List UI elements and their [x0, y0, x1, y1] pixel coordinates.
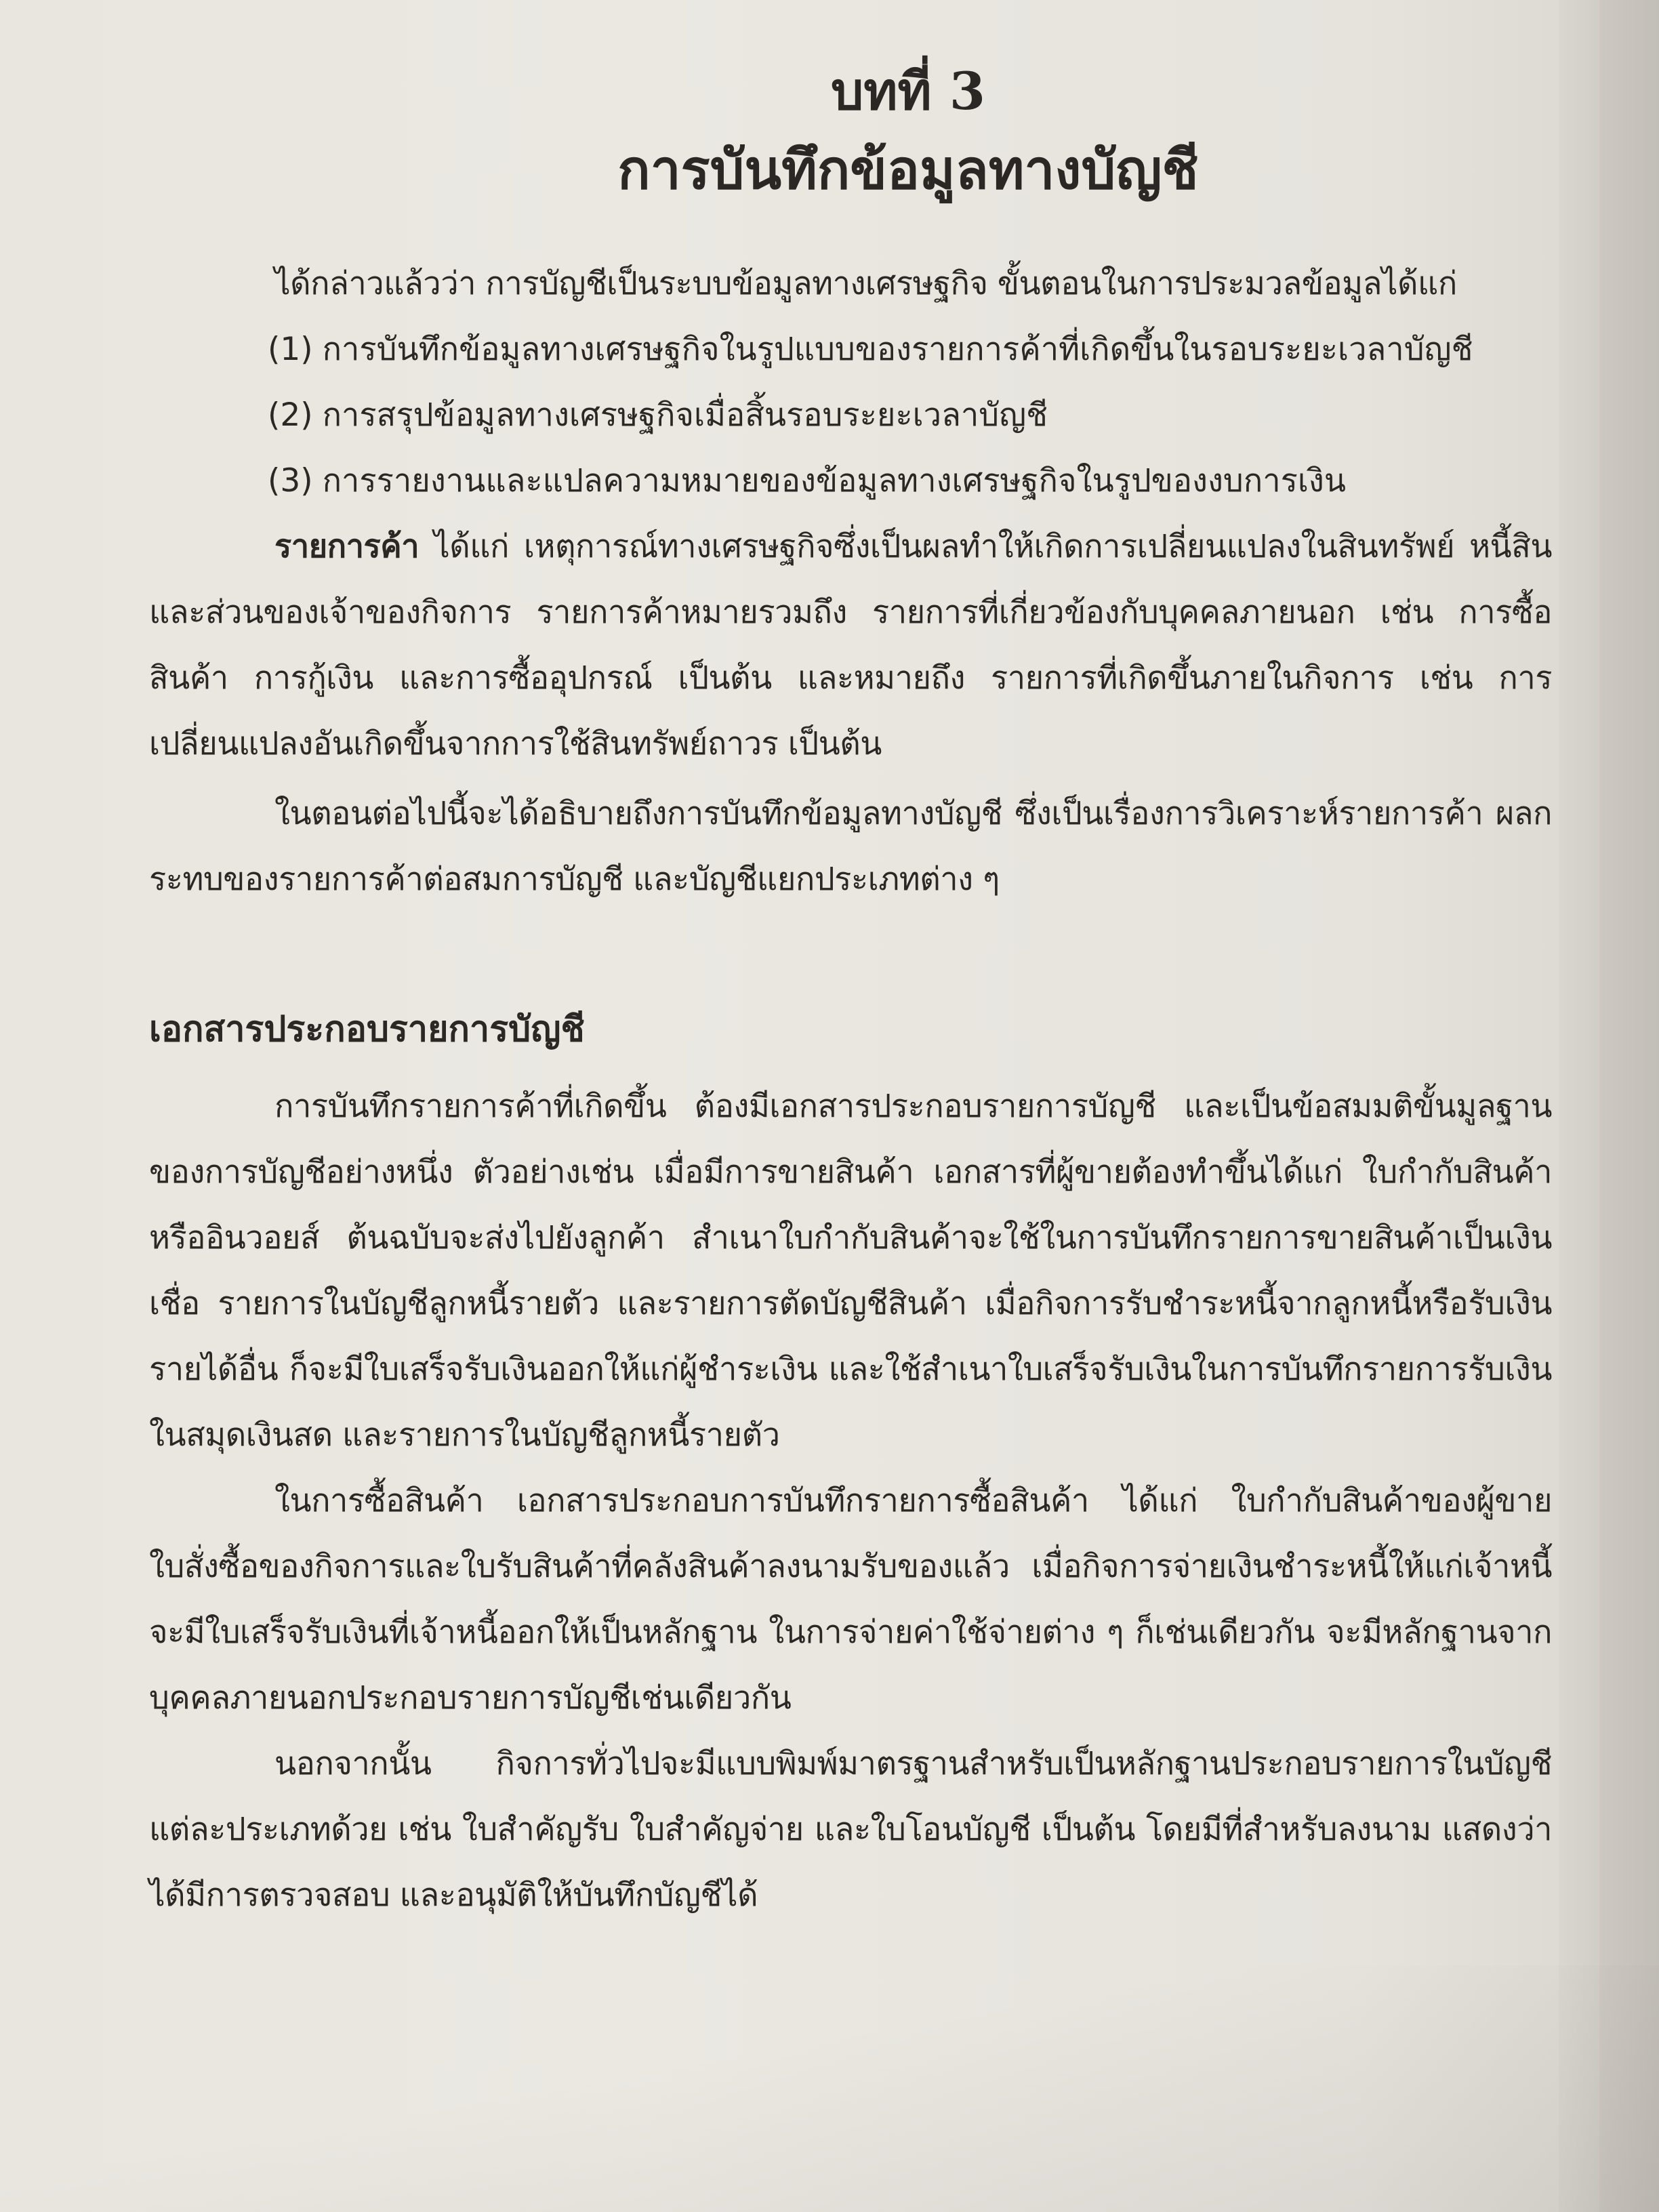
defined-term: รายการค้า: [274, 528, 419, 565]
page-edge-shadow: [1559, 0, 1659, 2212]
list-item: (2)การสรุปข้อมูลทางเศรษฐกิจเมื่อสิ้นรอบร…: [268, 382, 1552, 448]
list-item-number: (1): [268, 331, 313, 368]
processing-steps-list: (1)การบันทึกข้อมูลทางเศรษฐกิจในรูปแบบของ…: [149, 316, 1552, 514]
list-item-text: การรายงานและแปลความหมายของข้อมูลทางเศรษฐ…: [323, 462, 1346, 499]
list-item-number: (2): [268, 396, 313, 434]
lighting-shadow: [0, 1965, 1659, 2212]
list-item: (1)การบันทึกข้อมูลทางเศรษฐกิจในรูปแบบของ…: [268, 316, 1552, 382]
section-heading: เอกสารประกอบรายการบัญชี: [149, 992, 1552, 1067]
chapter-number: บทที่ 3: [264, 54, 1552, 129]
section-paragraph: นอกจากนั้น กิจการทั่วไปจะมีแบบพิมพ์มาตรฐ…: [149, 1731, 1552, 1928]
section-paragraph: ในการซื้อสินค้า เอกสารประกอบการบันทึกราย…: [149, 1468, 1552, 1731]
transaction-definition-paragraph: รายการค้า ได้แก่ เหตุการณ์ทางเศรษฐกิจซึ่…: [149, 514, 1552, 777]
list-item: (3)การรายงานและแปลความหมายของข้อมูลทางเศ…: [268, 448, 1552, 514]
list-item-text: การบันทึกข้อมูลทางเศรษฐกิจในรูปแบบของราย…: [323, 331, 1473, 368]
intro-paragraph: ได้กล่าวแล้วว่า การบัญชีเป็นระบบข้อมูลทา…: [149, 251, 1552, 316]
page-content: บทที่ 3 การบันทึกข้อมูลทางบัญชี ได้กล่าว…: [149, 54, 1552, 1928]
list-item-number: (3): [268, 462, 313, 499]
chapter-title: การบันทึกข้อมูลทางบัญชี: [264, 129, 1552, 210]
list-item-text: การสรุปข้อมูลทางเศรษฐกิจเมื่อสิ้นรอบระยะ…: [323, 396, 1048, 434]
next-section-paragraph: ในตอนต่อไปนี้จะได้อธิบายถึงการบันทึกข้อม…: [149, 781, 1552, 912]
section-paragraph: การบันทึกรายการค้าที่เกิดขึ้น ต้องมีเอกส…: [149, 1073, 1552, 1468]
